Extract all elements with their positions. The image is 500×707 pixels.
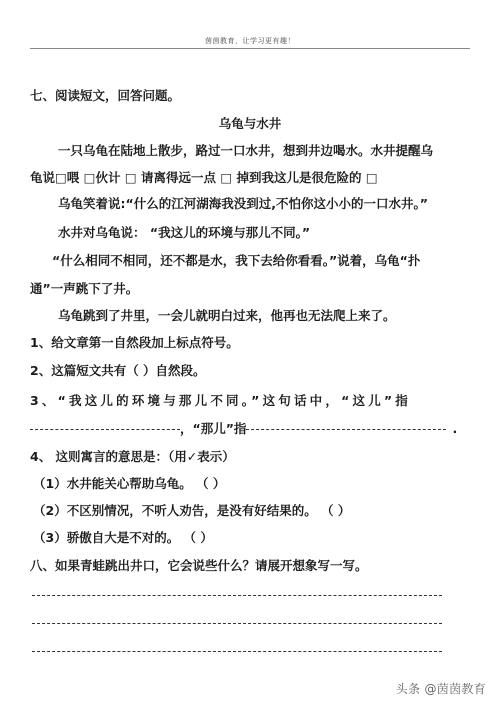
section-8-heading: 八、如果青蛙跳出井口，它会说些什么？请展开想象写一写。 bbox=[30, 558, 368, 574]
question-3-end: . bbox=[452, 421, 457, 436]
story-paragraph-1-line-1: 一只乌龟在陆地上散步，路过一口水井，想到井边喝水。水井提醒乌 bbox=[58, 143, 433, 159]
header-divider bbox=[30, 48, 470, 49]
answer-line-3[interactable] bbox=[32, 651, 442, 652]
answer-blank-na-er[interactable] bbox=[246, 429, 446, 430]
story-paragraph-4-line-1: “什么相同不相同，还不都是水，我下去给你看看。”说着，乌龟“扑 bbox=[52, 253, 420, 269]
story-paragraph-1-line-2: 龟说□喂 □伙计 □ 请离得远一点 □ 掉到我这儿是很危险的 □ bbox=[30, 170, 378, 186]
story-paragraph-4-line-2: 通”一声跳下了井。 bbox=[30, 281, 138, 297]
answer-line-2[interactable] bbox=[32, 623, 442, 624]
answer-line-1[interactable] bbox=[32, 595, 442, 596]
story-title: 乌龟与水井 bbox=[0, 116, 500, 132]
watermark: 头条 @茵茵教育 bbox=[396, 680, 486, 697]
answer-blank-zhe-er[interactable] bbox=[30, 429, 180, 430]
page-header: 茵茵教育，让学习更有趣！ bbox=[0, 36, 500, 46]
story-paragraph-5: 乌龟跳到了井里，一会儿就明白过来，他再也无法爬上来了。 bbox=[58, 308, 396, 324]
question-3-line-1: 3、“我这儿的环境与那儿不同。”这句话中，“这儿”指 bbox=[30, 393, 411, 409]
question-4: 4、 这则寓言的意思是：（用✓表示） bbox=[30, 449, 235, 465]
question-4-option-1: （1）水井能关心帮助乌龟。 （ ） bbox=[33, 476, 225, 492]
question-3-line-2: ，“那儿”指. bbox=[30, 421, 457, 437]
question-4-option-2: （2）不区别情况，不听人劝告，是没有好结果的。 （ ） bbox=[33, 503, 350, 519]
story-paragraph-2: 乌龟笑着说:“什么的江河湖海我没到过,不怕你这小小的一口水井。” bbox=[58, 196, 428, 212]
question-4-option-3: （3）骄傲自大是不对的。 （ ） bbox=[33, 530, 213, 546]
section-7-heading: 七、阅读短文，回答问题。 bbox=[30, 88, 180, 104]
question-3-mid: ，“那儿”指 bbox=[180, 421, 246, 436]
question-1: 1、给文章第一自然段加上标点符号。 bbox=[30, 335, 239, 351]
story-paragraph-3: 水井对乌龟说： “我这儿的环境与那儿不同。” bbox=[58, 225, 310, 241]
question-2: 2、这篇短文共有（ ）自然段。 bbox=[30, 363, 206, 379]
